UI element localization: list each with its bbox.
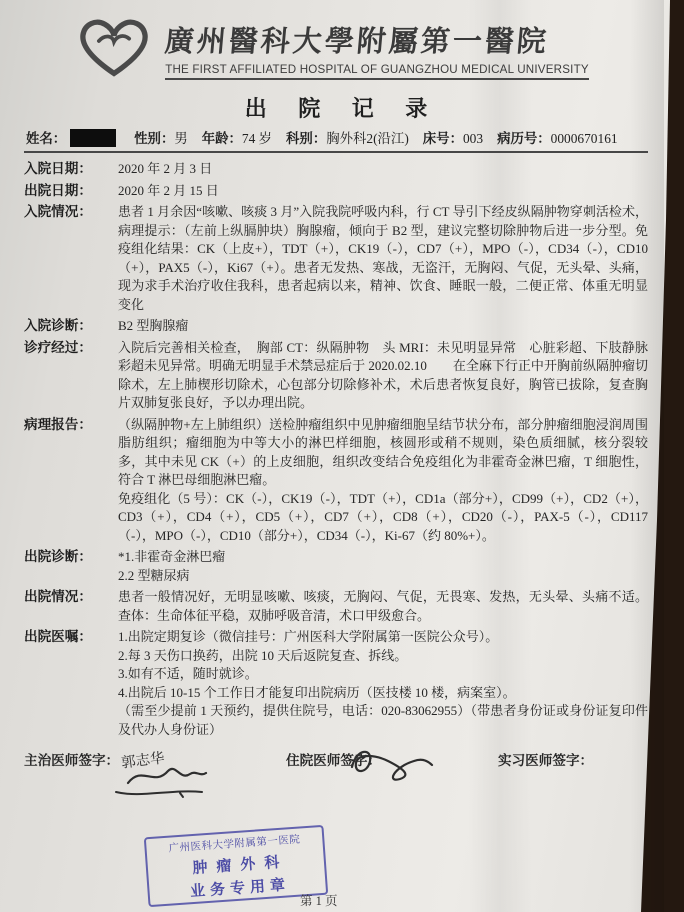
hospital-name-cn: 廣州醫科大學附屬第一醫院 — [163, 19, 551, 60]
section-pathology-report: 病理报告： （纵隔肿物+左上肺组织）送检肿瘤组织中见肿瘤细胞呈结节状分布，部分肿… — [24, 416, 648, 546]
dept-value: 胸外科2(沿江) — [326, 128, 409, 147]
name-label: 姓名： — [26, 128, 66, 147]
section-label: 入院诊断： — [24, 317, 118, 336]
section-text: （纵隔肿物+左上肺组织）送检肿瘤组织中见肿瘤细胞呈结节状分布，部分肿瘤细胞浸润周… — [118, 416, 648, 546]
section-label: 病理报告： — [24, 416, 118, 546]
section-discharge-date: 出院日期： 2020 年 2 月 15 日 — [24, 182, 648, 201]
section-discharge-diagnosis: 出院诊断： *1.非霍奇金淋巴瘤 2.2 型糖尿病 — [24, 548, 648, 585]
age-value: 74 岁 — [242, 128, 272, 147]
section-admit-diagnosis: 入院诊断： B2 型胸腺瘤 — [24, 317, 648, 336]
section-treatment-course: 诊疗经过： 入院后完善相关检查， 胸部 CT：纵隔肿物 头 MRI：未见明显异常… — [24, 339, 648, 413]
hospital-name-block: 廣州醫科大學附屬第一醫院 THE FIRST AFFILIATED HOSPIT… — [165, 19, 589, 80]
section-admit-date: 入院日期： 2020 年 2 月 3 日 — [24, 160, 648, 179]
document-title: 出 院 记 录 — [24, 92, 648, 123]
resident-signature-label: 住院医师签字： — [286, 753, 381, 768]
diagnosis-line-2: 2.2 型糖尿病 — [118, 567, 648, 586]
section-text: B2 型胸腺瘤 — [118, 317, 648, 336]
section-discharge-condition: 出院情况： 患者一般情况好，无明显咳嗽、咳痰，无胸闷、气促，无畏寒、发热，无头晕… — [24, 588, 648, 625]
order-line-2: 2.每 3 天伤口换药，出院 10 天后返院复查、拆线。 — [118, 647, 648, 666]
dept-label: 科别： — [286, 128, 326, 147]
hospital-name-en: THE FIRST AFFILIATED HOSPITAL OF GUANGZH… — [165, 63, 589, 80]
photo-backdrop: 廣州醫科大學附屬第一醫院 THE FIRST AFFILIATED HOSPIT… — [0, 0, 684, 912]
section-admit-condition: 入院情况： 患者 1 月余因“咳嗽、咳痰 3 月”入院我院呼吸内科，行 CT 导… — [24, 203, 648, 314]
hospital-header: 廣州醫科大學附屬第一醫院 THE FIRST AFFILIATED HOSPIT… — [34, 16, 630, 83]
attending-signature-label: 主治医师签字： — [24, 753, 119, 768]
mrn-label: 病历号： — [497, 128, 551, 147]
age-label: 年龄： — [202, 128, 242, 147]
intern-signature-label: 实习医师签字： — [498, 753, 593, 768]
patient-info-line: 姓名： 性别： 男 年龄： 74 岁 科别： 胸外科2(沿江) 床号： 003 … — [24, 128, 648, 153]
pathology-paragraph-1: （纵隔肿物+左上肺组织）送检肿瘤组织中见肿瘤细胞呈结节状分布，部分肿瘤细胞浸润周… — [118, 416, 648, 490]
bed-label: 床号： — [423, 128, 463, 147]
attending-signature-name: 郭志华 — [120, 746, 166, 772]
section-text: 1.出院定期复诊（微信挂号：广州医科大学附属第一医院公众号）。 2.每 3 天伤… — [118, 628, 648, 739]
section-discharge-orders: 出院医嘱： 1.出院定期复诊（微信挂号：广州医科大学附属第一医院公众号）。 2.… — [24, 628, 648, 739]
order-line-3: 3.如有不适，随时就诊。 — [118, 665, 648, 684]
signature-row: 主治医师签字：郭志华 住院医师签字： 实习医师签字： — [24, 749, 648, 770]
order-line-5: （需至少提前 1 天预约，提供住院号，电话：020-83062955）（带患者身… — [118, 702, 648, 739]
pathology-paragraph-2: 免疫组化（5 号）：CK（-），CK19（-），TDT（+），CD1a（部分+）… — [118, 490, 648, 546]
section-label: 出院情况： — [24, 588, 118, 625]
order-line-1: 1.出院定期复诊（微信挂号：广州医科大学附属第一医院公众号）。 — [118, 628, 648, 647]
hospital-heart-logo-icon — [75, 16, 153, 83]
section-text: 患者 1 月余因“咳嗽、咳痰 3 月”入院我院呼吸内科，行 CT 导引下经皮纵隔… — [118, 203, 648, 314]
section-text: 患者一般情况好，无明显咳嗽、咳痰，无胸闷、气促，无畏寒、发热，无头晕、头痛不适。… — [118, 588, 648, 625]
section-text: 2020 年 2 月 3 日 — [118, 160, 648, 179]
discharge-record-document: 廣州醫科大學附屬第一醫院 THE FIRST AFFILIATED HOSPIT… — [0, 0, 684, 912]
section-text: *1.非霍奇金淋巴瘤 2.2 型糖尿病 — [118, 548, 648, 585]
section-text: 入院后完善相关检查， 胸部 CT：纵隔肿物 头 MRI：未见明显异常 心脏彩超、… — [118, 339, 648, 413]
page-number: 第 1 页 — [300, 891, 338, 909]
section-label: 出院诊断： — [24, 548, 118, 585]
gender-label: 性别： — [134, 128, 174, 147]
gender-value: 男 — [174, 128, 187, 147]
order-line-4: 4.出院后 10-15 个工作日才能复印出院病历（医技楼 10 楼，病案室）。 — [118, 684, 648, 703]
name-redaction-box — [70, 129, 116, 147]
section-text: 2020 年 2 月 15 日 — [118, 182, 648, 201]
section-label: 出院日期： — [24, 182, 118, 201]
section-label: 诊疗经过： — [24, 339, 118, 413]
diagnosis-line-1: *1.非霍奇金淋巴瘤 — [118, 548, 648, 567]
section-label: 入院日期： — [24, 160, 118, 179]
mrn-value: 0000670161 — [551, 131, 618, 147]
resident-signature-group: 住院医师签字： — [286, 749, 498, 770]
section-label: 入院情况： — [24, 203, 118, 314]
intern-signature-group: 实习医师签字： — [498, 749, 593, 770]
bed-value: 003 — [463, 131, 483, 147]
attending-signature-group: 主治医师签字：郭志华 — [24, 749, 286, 770]
section-label: 出院医嘱： — [24, 628, 118, 739]
